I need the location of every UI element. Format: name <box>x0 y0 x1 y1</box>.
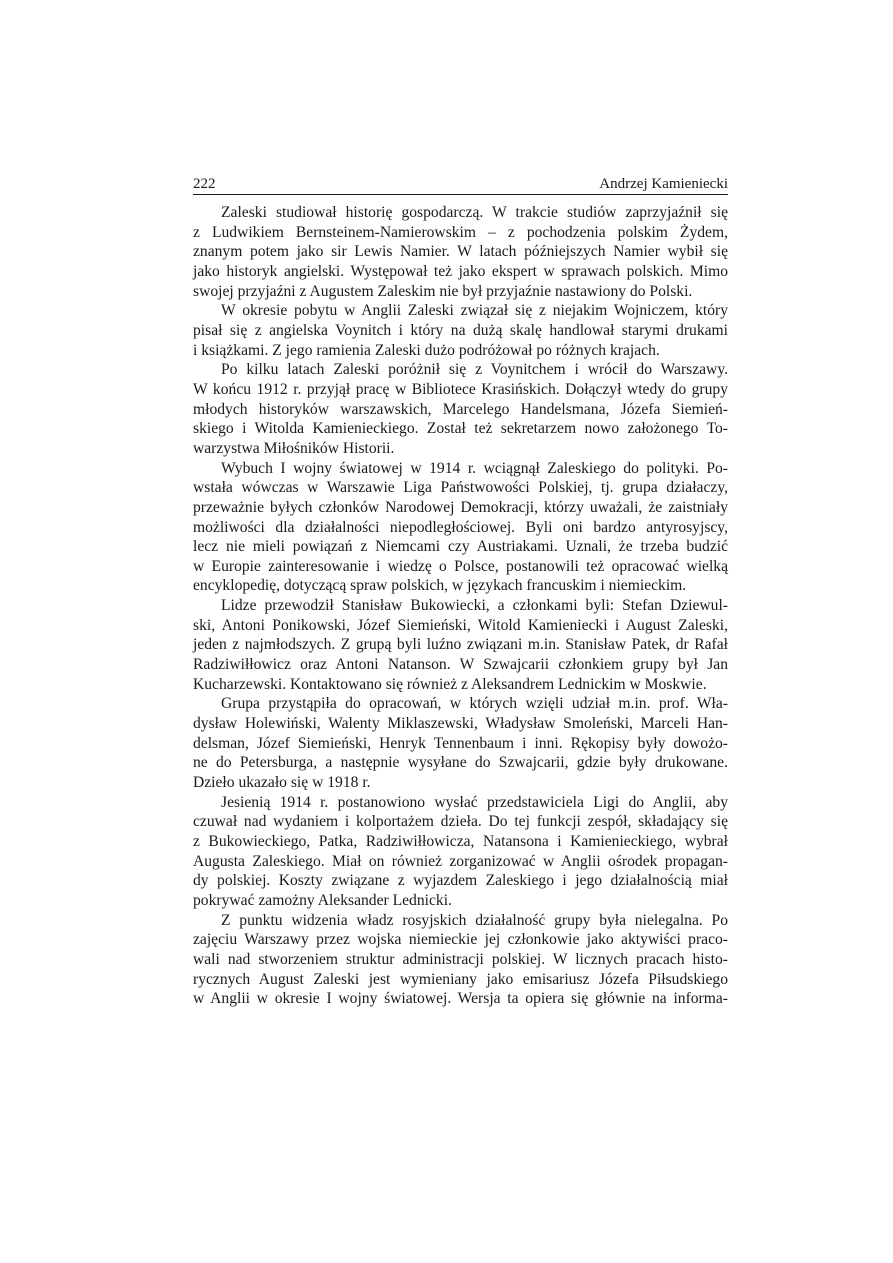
text-line: jeden z najmłodszych. Z grupą byli luźno… <box>193 635 728 655</box>
text-line: czuwał nad wydaniem i kolportażem dzieła… <box>193 812 728 832</box>
text-line: z Bukowieckiego, Patka, Radziwiłłowicza,… <box>193 832 728 852</box>
text-line: Z punktu widzenia władz rosyjskich dział… <box>193 911 728 931</box>
paragraph: Zaleski studiował historię gospodarczą. … <box>193 203 728 301</box>
text-line: rycznych August Zaleski jest wymieniany … <box>193 970 728 990</box>
text-line: pokrywać zamożny Aleksander Lednicki. <box>193 891 728 911</box>
text-line: Jesienią 1914 r. postanowiono wysłać prz… <box>193 793 728 813</box>
text-line: W okresie pobytu w Anglii Zaleski związa… <box>193 301 728 321</box>
text-line: możliwości dla działalności niepodległoś… <box>193 518 728 538</box>
text-line: ski, Antoni Ponikowski, Józef Siemieński… <box>193 616 728 636</box>
paragraph: W okresie pobytu w Anglii Zaleski związa… <box>193 301 728 360</box>
text-line: i książkami. Z jego ramienia Zaleski duż… <box>193 341 728 361</box>
text-line: encyklopedię, dotyczącą spraw polskich, … <box>193 576 728 596</box>
text-line: W końcu 1912 r. przyjął pracę w Bibliote… <box>193 380 728 400</box>
text-line: delsman, Józef Siemieński, Henryk Tennen… <box>193 734 728 754</box>
text-line: Wybuch I wojny światowej w 1914 r. wciąg… <box>193 459 728 479</box>
text-line: młodych historyków warszawskich, Marcele… <box>193 400 728 420</box>
text-line: Dzieło ukazało się w 1918 r. <box>193 773 728 793</box>
text-line: Radziwiłłowicz oraz Antoni Natanson. W S… <box>193 655 728 675</box>
text-line: w Anglii w okresie I wojny światowej. We… <box>193 989 728 1009</box>
paragraph: Wybuch I wojny światowej w 1914 r. wciąg… <box>193 459 728 597</box>
document-page: 222 Andrzej Kamieniecki Zaleski studiowa… <box>193 176 728 1009</box>
text-line: Zaleski studiował historię gospodarczą. … <box>193 203 728 223</box>
text-line: warzystwa Miłośników Historii. <box>193 439 728 459</box>
text-line: w Europie zainteresowanie i wiedzę o Pol… <box>193 557 728 577</box>
text-line: dysław Holewiński, Walenty Miklaszewski,… <box>193 714 728 734</box>
body-text: Zaleski studiował historię gospodarczą. … <box>193 203 728 1009</box>
running-head-author: Andrzej Kamieniecki <box>599 176 728 193</box>
text-line: z Ludwikiem Bernsteinem-Namierowskim – z… <box>193 223 728 243</box>
text-line: przeważnie byłych członków Narodowej Dem… <box>193 498 728 518</box>
text-line: Grupa przystąpiła do opracowań, w któryc… <box>193 694 728 714</box>
text-line: jako historyk angielski. Występował też … <box>193 262 728 282</box>
paragraph: Lidze przewodził Stanisław Bukowiecki, a… <box>193 596 728 694</box>
text-line: wali nad stworzeniem struktur administra… <box>193 950 728 970</box>
text-line: Lidze przewodził Stanisław Bukowiecki, a… <box>193 596 728 616</box>
paragraph: Z punktu widzenia władz rosyjskich dział… <box>193 911 728 1009</box>
paragraph: Grupa przystąpiła do opracowań, w któryc… <box>193 694 728 792</box>
paragraph: Po kilku latach Zaleski poróżnił się z V… <box>193 360 728 458</box>
text-line: ne do Petersburga, a następnie wysyłane … <box>193 753 728 773</box>
text-line: zajęciu Warszawy przez wojska niemieckie… <box>193 930 728 950</box>
text-line: Kucharzewski. Kontaktowano się również z… <box>193 675 728 695</box>
paragraph: Jesienią 1914 r. postanowiono wysłać prz… <box>193 793 728 911</box>
text-line: Po kilku latach Zaleski poróżnił się z V… <box>193 360 728 380</box>
text-line: pisał się z angielska Voynitch i który n… <box>193 321 728 341</box>
text-line: swojej przyjaźni z Augustem Zaleskim nie… <box>193 282 728 302</box>
text-line: znanym potem jako sir Lewis Namier. W la… <box>193 242 728 262</box>
text-line: Augusta Zaleskiego. Miał on również zorg… <box>193 852 728 872</box>
page-number: 222 <box>193 176 216 193</box>
text-line: dy polskiej. Koszty związane z wyjazdem … <box>193 871 728 891</box>
text-line: wstała wówczas w Warszawie Liga Państwow… <box>193 478 728 498</box>
running-head: 222 Andrzej Kamieniecki <box>193 176 728 195</box>
text-line: lecz nie mieli powiązań z Niemcami czy A… <box>193 537 728 557</box>
text-line: skiego i Witolda Kamienieckiego. Został … <box>193 419 728 439</box>
